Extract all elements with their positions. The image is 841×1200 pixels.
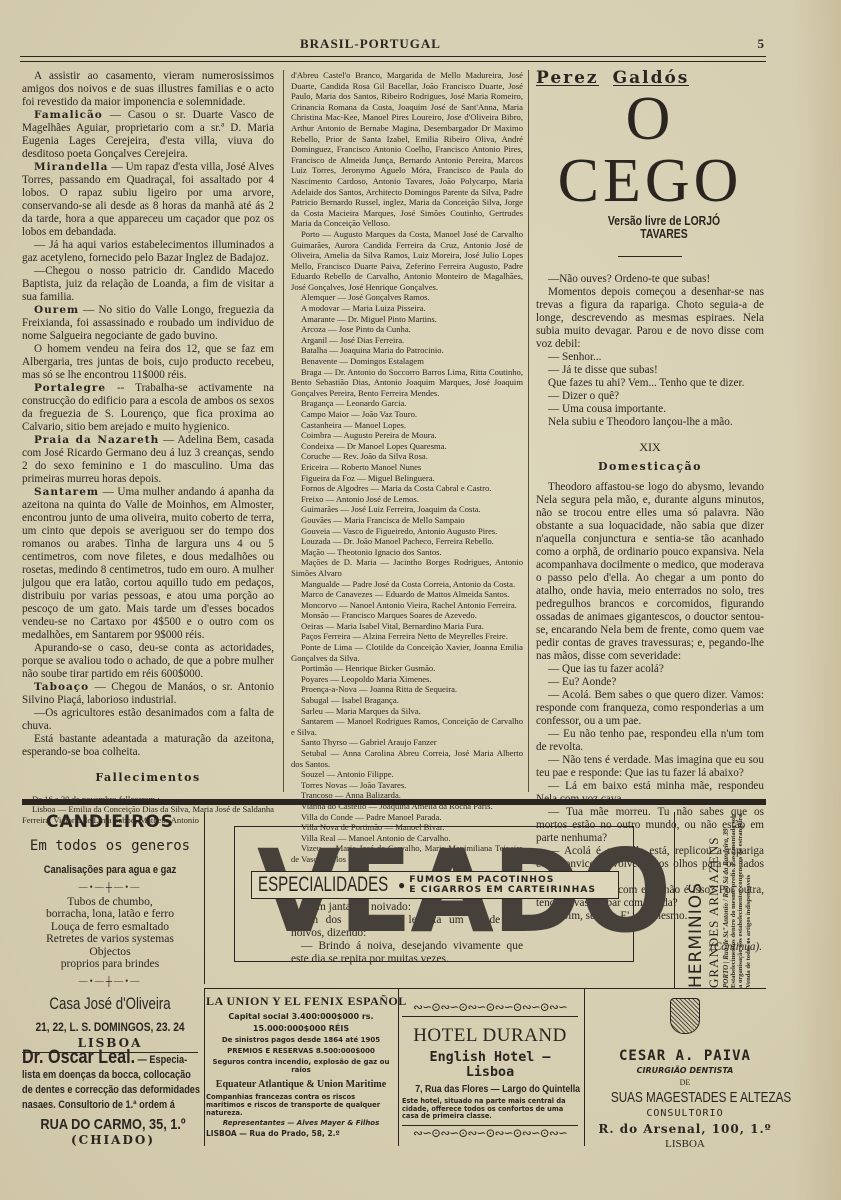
obituary-entry: Gouveia — Vasco de Figueiredo, Antonio A… (291, 526, 523, 537)
ad-line: lista em doenças da bocca, collocação (22, 1068, 204, 1083)
news-paragraph: O homem vendeu na feira dos 12, que se f… (22, 343, 274, 382)
page-number: 5 (758, 36, 765, 52)
obituary-entry: Amarante — Dr. Miguel Pinto Martins. (291, 314, 523, 325)
chapter-title: Domesticação (536, 460, 764, 473)
obituary-entry: Monsão — Francisco Marques Soares de Aze… (291, 610, 523, 621)
obituary-entry: Alemquer — José Gonçalves Ramos. (291, 292, 523, 303)
obituary-entry: Bragança — Leonardo Garcia. (291, 398, 523, 409)
obituary-entry: Condeixa — Dr Manoel Lopes Quaresma. (291, 441, 523, 452)
dentist-name: CESAR A. PAIVA (590, 1048, 780, 1064)
novel-author: Perez Galdós (536, 72, 764, 86)
ad-line: — Especia- (138, 1054, 187, 1066)
obituary-entry: Portimão — Henrique Bicker Gusmão. (291, 663, 523, 674)
product-line: E CIGARROS EM CARTEIRINHAS (409, 884, 596, 895)
novel-paragraph: Que fazes tu ahi? Vem... Tenho que te di… (536, 377, 764, 390)
newspaper-page: BRASIL-PORTUGAL 5 A assistir ao casament… (0, 0, 841, 1200)
news-paragraph: —Os agricultores estão desanimados com a… (22, 707, 274, 733)
doctor-address: RUA DO CARMO, 35, 1.º (36, 1116, 191, 1133)
coverage: Seguros contra incendio, explosão de gaz… (206, 1058, 396, 1074)
obituary-entry: Freixo — Antonio José de Lemos. (291, 494, 523, 505)
rule (402, 1016, 578, 1017)
novel-paragraph: Momentos depois começou a desenhar-se na… (536, 286, 764, 351)
column-divider (528, 70, 529, 792)
place-heading: Famalicão (34, 109, 103, 121)
obituary-entry: Coimbra — Augusto Pereira de Moura. (291, 430, 523, 441)
ad-items: Tubos de chumbo,borracha, lona, latão e … (22, 896, 198, 970)
news-paragraphs: A assistir ao casamento, vieram numerosi… (22, 70, 274, 759)
news-paragraph: Taboaço — Chegou de Manáos, o sr. Antoni… (22, 681, 274, 707)
ad-cesar-paiva: CESAR A. PAIVA CIRURGIÃO DENTISTA DE SUA… (590, 998, 780, 1150)
ad-candieiros: CANDIEIROS Em todos os generos Canalisaç… (22, 812, 198, 1053)
obituary-entry: Arganil — José Dias Ferreira. (291, 335, 523, 346)
novel-paragraph: — Já te disse que subas! (536, 364, 764, 377)
place-heading: Taboaço (34, 681, 89, 693)
ad-union-fenix: LA UNION Y EL FENIX ESPAÑOL Capital soci… (206, 994, 396, 1138)
doctor-district: (CHIADO) (22, 1133, 204, 1147)
novel-text-part1: —Não ouves? Ordeno-te que subas!Momentos… (536, 273, 764, 429)
obituary-entry: Villa do Conde — Padre Manoel Parada. (291, 812, 523, 823)
ad-divider (584, 988, 585, 1146)
novel-paragraph: —Não ouves? Ordeno-te que subas! (536, 273, 764, 286)
obituary-entry: Moncorvo — Nanoel Antonio Vieira, Rachel… (291, 600, 523, 611)
store-city: PORTO (722, 965, 730, 988)
paragraph-text: Apurando-se o caso, deu-se conta as acto… (22, 642, 274, 680)
store-description: Estabelecimentos dentro do mesmo predio.… (730, 812, 752, 988)
novel-paragraph: — Acolá. Bem sabes o que quero dizer. Va… (536, 689, 764, 728)
obituary-entry: Campo Maior — João Vaz Touro. (291, 409, 523, 420)
novel-paragraph: — Senhor... (536, 351, 764, 364)
hotel-name: HOTEL DURAND (402, 1025, 578, 1047)
paragraph-text: — Uma mulher andando á apanha da azeiton… (22, 486, 274, 641)
obituary-entry: Porto — Augusto Marques da Costa, Manoel… (291, 229, 523, 293)
ad-divider (204, 812, 205, 984)
obituary-entry: Batalha — Joaquina Maria do Patrocinio. (291, 345, 523, 356)
paragraph-text: — Já ha aqui varios estabelecimentos ill… (22, 239, 274, 264)
consultorio-label: CONSULTORIO (590, 1108, 780, 1119)
place-heading: Santarem (34, 486, 99, 498)
ad-veado-tobacco: VEADO ESPECIALIDADES ● FUMOS EM PACOTINH… (234, 826, 634, 962)
obituary-entry: Ponte de Lima — Clotilde da Conceição Xa… (291, 642, 523, 663)
band-label: ESPECIALIDADES (258, 873, 366, 897)
novel-paragraph: — Dizer o quê? (536, 390, 764, 403)
shop-name: Casa José d'Oliveira (41, 994, 178, 1014)
ad-item: Retretes de varios systemas (22, 933, 198, 945)
obituary-entry: Mações de D. Maria — Jacintho Borges Rod… (291, 557, 523, 578)
fallecimentos-heading: Fallecimentos (22, 771, 274, 784)
news-paragraph: Portalegre -- Trabalha-se activamente na… (22, 382, 274, 434)
novel-byline: Versão livre de LORJÓ TAVARES (584, 214, 744, 240)
hotel-description: Este hotel, situado na parte mais centra… (402, 1098, 578, 1121)
news-paragraph: — Já ha aqui varios estabelecimentos ill… (22, 239, 274, 265)
ad-item: proprios para brindes (22, 958, 198, 970)
author-last-name: Galdós (613, 72, 690, 86)
place-heading: Portalegre (34, 382, 106, 394)
insurer-name: LA UNION Y EL FENIX ESPAÑOL (206, 994, 396, 1009)
publication-title: BRASIL-PORTUGAL (300, 36, 441, 52)
ad-subtitle-2: Canalisações para agua e gaz (35, 864, 185, 876)
novel-paragraph: Nela subiu e Theodoro lançou-lhe a mão. (536, 416, 764, 429)
short-rule (618, 256, 682, 257)
ads-separator-rule (22, 799, 766, 805)
obituary-entries: Porto — Augusto Marques da Costa, Manoel… (291, 229, 523, 865)
capital-reis: 15.000:000$000 RÉIS (206, 1024, 396, 1033)
obituary-entry: Oeiras — Maria Isabel Vital, Bernardino … (291, 621, 523, 632)
insurer-address: LISBOA — Rua do Prado, 58, 2.º (206, 1129, 396, 1138)
scroll-ornament-icon: ∾∽⊙∾∽⊙∾∽⊙∾∽⊙∾∽⊙∾∽ (402, 1000, 578, 1014)
ad-line: de dentes e correcção das deformidades (22, 1083, 204, 1098)
store-address-2: Rua Sá da Bandeira, 39 (722, 829, 730, 898)
ad-subtitle: Em todos os generos (22, 838, 198, 854)
news-paragraph: Famalicão — Casou o sr. Duarte Vasco de … (22, 109, 274, 161)
place-heading: Praia da Nazareth (34, 434, 159, 446)
store-address-1: Rua de St.º Antonio (722, 903, 730, 960)
capital: Capital social 3.400:000$000 rs. (206, 1012, 396, 1021)
ad-title: CANDIEIROS (22, 812, 198, 832)
obituary-entry: A modovar — Maria Luiza Pisseira. (291, 303, 523, 314)
column-divider (283, 70, 284, 792)
obituary-entry: Souzel — Antonio Filippe. (291, 769, 523, 780)
ad-item: borracha, lona, latão e ferro (22, 908, 198, 920)
obituary-intro: d'Abreu Castel'o Branco, Margarida de Me… (291, 70, 523, 229)
obituary-entry: Mangualde — Padre José da Costa Correia,… (291, 579, 523, 590)
ad-oscar-leal: Dr. Oscar Leal. — Especia- lista em doen… (22, 1050, 204, 1147)
partner-insurer: Equateur Atlantique & Union Maritime (206, 1079, 396, 1090)
ad-divider (674, 812, 675, 988)
ad-line: nasaes. Consultorio de 1.ª ordem á (22, 1098, 204, 1113)
partner-description: Companhias francezas contra os riscos ma… (206, 1093, 396, 1117)
paragraph-text: —Chegou o nosso patricio dr. Candido Mac… (22, 265, 274, 303)
obituary-entry: Setubal — Anna Carolina Abreu Correia, J… (291, 748, 523, 769)
news-paragraph: Apurando-se o caso, deu-se conta as acto… (22, 642, 274, 681)
ad-text: Dr. Oscar Leal. — Especia- (22, 1050, 204, 1068)
news-paragraph: Ourem — No sitio do Valle Longo, freguez… (22, 304, 274, 343)
ad-herminios: HERMINIOS GRANDES ARMAZENS PORTO | Rua d… (686, 812, 758, 988)
news-paragraph: A assistir ao casamento, vieram numerosi… (22, 70, 274, 109)
obituary-entry: Ericeira — Roberto Manoel Nunes (291, 462, 523, 473)
ad-hotel-durand: ∾∽⊙∾∽⊙∾∽⊙∾∽⊙∾∽⊙∾∽ HOTEL DURAND English H… (402, 1000, 578, 1140)
chapter-number: XIX (536, 441, 764, 454)
obituary-entry: Castanheira — Manoel Lopes. (291, 420, 523, 431)
header-rule (20, 56, 766, 62)
column-local-news: A assistir ao casamento, vieram numerosi… (22, 70, 274, 825)
page-header: BRASIL-PORTUGAL 5 (20, 34, 766, 56)
obituary-entry: Benavente — Domingos Estalagem (291, 356, 523, 367)
place-heading: Mirandella (34, 161, 108, 173)
premiums: PREMIOS E RESERVAS 8.500:000$000 (206, 1047, 396, 1055)
hotel-address: 7, Rua das Flores — Largo do Quintella (415, 1084, 565, 1095)
novel-paragraph: — Uma cousa importante. (536, 403, 764, 416)
agents: Representantes — Alves Mayer & Filhos (206, 1119, 396, 1127)
obituary-entry: Braga — Dr. Antonio do Soccorro Barros L… (291, 367, 523, 399)
dentist-city: LISBOA (590, 1138, 780, 1150)
news-paragraph: Está bastante adeantada a maturação da a… (22, 733, 274, 759)
obituary-entry: Figueira da Foz — Miguel Belinguera. (291, 473, 523, 484)
obituary-entry: Sabugal — Isabel Bragança. (291, 695, 523, 706)
author-first-name: Perez (536, 72, 599, 86)
dentist-role: CIRURGIÃO DENTISTA (590, 1066, 780, 1075)
store-name: HERMINIOS (686, 812, 706, 988)
doctor-name: Dr. Oscar Leal. (22, 1047, 135, 1068)
news-paragraph: —Chegou o nosso patricio dr. Candido Mac… (22, 265, 274, 304)
place-heading: Ourem (34, 304, 79, 316)
paragraph-text: A assistir ao casamento, vieram numerosi… (22, 70, 274, 108)
hotel-subtitle: English Hotel — Lisboa (402, 1050, 578, 1080)
obituary-entry: Sarleu — Maria Marques da Silva. (291, 706, 523, 717)
scroll-ornament-icon: ∾∽⊙∾∽⊙∾∽⊙∾∽⊙∾∽⊙∾∽ (402, 1126, 578, 1140)
ad-divider (398, 988, 399, 1146)
dentist-de: DE (590, 1078, 780, 1087)
obituary-entry: Coruche — Rev. João da Silva Rosa. (291, 451, 523, 462)
ornament-icon: —•—┼—•— (22, 976, 198, 986)
shop-address: 21, 22, L. S. DOMINGOS, 23. 24 (35, 1020, 185, 1034)
band-products: FUMOS EM PACOTINHOS E CIGARROS EM CARTEI… (409, 875, 596, 895)
obituary-entry: Santarem — Manoel Rodrigues Ramos, Conce… (291, 716, 523, 737)
obituary-entry: Fornos de Algodres — Maria da Costa Cabr… (291, 483, 523, 494)
obituary-entry: Paços Ferreira — Alzina Ferreira Netto d… (291, 631, 523, 642)
store-address: PORTO | Rua de St.º Antonio / Rua Sá da … (722, 812, 730, 988)
page-edge-shadow (793, 0, 841, 1200)
obituary-entry: Santo Thyrso — Gabriel Araujo Fanzer (291, 737, 523, 748)
novel-paragraph: — Eu? Aonde? (536, 676, 764, 689)
novel-paragraph: — Que ias tu fazer acolá? (536, 663, 764, 676)
ad-row-rule (204, 988, 766, 989)
obituary-entry: Poyares — Leopoldo Maria Ximenes. (291, 674, 523, 685)
novel-title: O CEGO (536, 88, 764, 212)
obituary-entry: Louzada — Dr. João Manoel Pacheco, Ferre… (291, 536, 523, 547)
ornament-icon: —•—┼—•— (22, 882, 198, 892)
ad-divider (204, 988, 205, 1146)
obituary-entry: Arcoza — Jose Pinto da Cunha. (291, 324, 523, 335)
paragraph-text: —Os agricultores estão desanimados com a… (22, 707, 274, 732)
news-paragraph: Praia da Nazareth — Adelina Bem, casada … (22, 434, 274, 486)
novel-paragraph: Theodoro affastou-se logo do abysmo, lev… (536, 481, 764, 663)
paragraph-text: O homem vendeu na feira dos 12, que se f… (22, 343, 274, 381)
paragraph-text: Está bastante adeantada a maturação da a… (22, 733, 274, 758)
obituary-entry: Marco de Canavezes — Eduardo de Mattos A… (291, 589, 523, 600)
store-subtitle: GRANDES ARMAZENS (706, 812, 722, 988)
novel-paragraph: — Eu não tenho pae, respondeu ella n'um … (536, 728, 764, 754)
news-paragraph: Mirandella — Um rapaz d'esta villa, José… (22, 161, 274, 239)
claims-paid: De sinistros pagos desde 1864 até 1905 (206, 1036, 396, 1044)
novel-paragraph: — Não tens é verdade. Mas imagina que eu… (536, 754, 764, 780)
obituary-entry: Mação — Theotonio Ignacio dos Santos. (291, 547, 523, 558)
dentist-address: R. do Arsenal, 100, 1.º (590, 1122, 780, 1136)
obituary-entry: Torres Novas — João Tavares. (291, 780, 523, 791)
rotated-ad-content: HERMINIOS GRANDES ARMAZENS PORTO | Rua d… (686, 812, 758, 988)
bullet-icon: ● (398, 878, 405, 893)
brand-band: ESPECIALIDADES ● FUMOS EM PACOTINHOS E C… (251, 871, 619, 899)
dentist-royal: SUAS MAGESTADES E ALTEZAS (611, 1089, 759, 1106)
obituary-entry: Proença-a-Nova — Joanna Ritta de Sequeir… (291, 684, 523, 695)
news-paragraph: Santarem — Uma mulher andando á apanha d… (22, 486, 274, 642)
royal-crest-icon (670, 998, 700, 1034)
obituary-entry: Guimarães — José Luiz Ferreira, Joaquim … (291, 504, 523, 515)
obituary-entry: Gouvães — Maria Francisca de Mello Sampa… (291, 515, 523, 526)
